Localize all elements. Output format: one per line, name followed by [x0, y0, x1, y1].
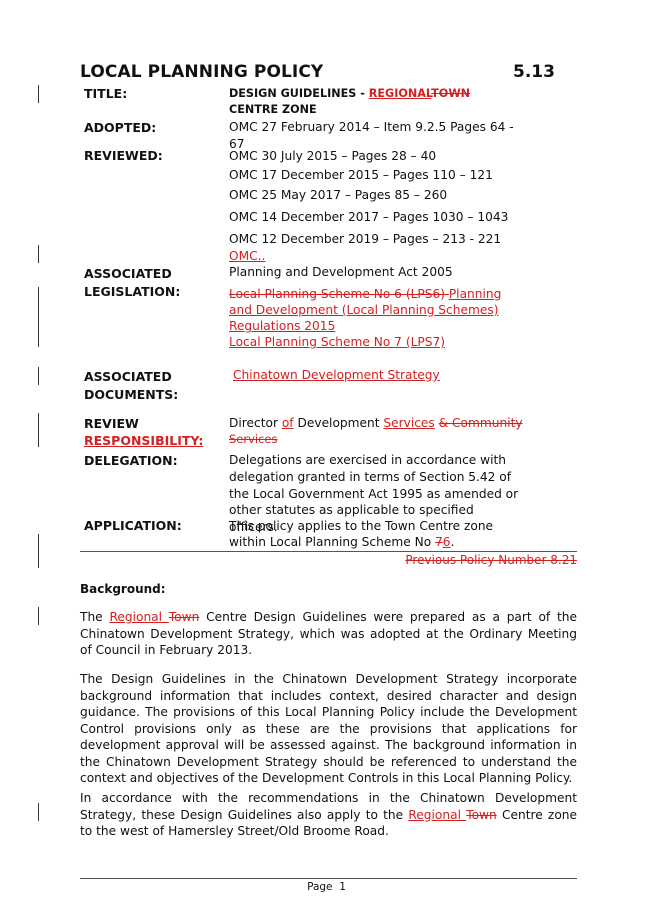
inserted-text: of [282, 416, 294, 430]
document-title: LOCAL PLANNING POLICY [80, 62, 323, 82]
responsibility-label-line1: REVIEW [84, 415, 139, 433]
legislation-changes: Local Planning Scheme No 6 (LPS6) Planni… [229, 286, 524, 303]
inserted-text: Local Planning Scheme No 7 (LPS7) [229, 334, 524, 351]
previous-policy-number: Previous Policy Number 8.21 [405, 553, 577, 567]
change-bar [38, 607, 39, 625]
inserted-text: Regulations 2015 [229, 318, 524, 335]
associated-document-link[interactable]: Chinatown Development Strategy [233, 367, 528, 384]
legislation-label-line2: LEGISLATION: [84, 283, 180, 301]
documents-label-line1: ASSOCIATED [84, 368, 172, 386]
change-bar [38, 413, 39, 447]
page-footer: Page 1 [0, 881, 653, 893]
delegation-line: delegation granted in terms of Section 5… [229, 469, 524, 486]
responsibility-value: Director of Development Services & Commu… [229, 415, 524, 432]
background-paragraph-3: In accordance with the recommendations i… [80, 790, 577, 840]
change-bar [38, 245, 39, 263]
text: Director [229, 416, 282, 430]
title-text: DESIGN GUIDELINES - [229, 87, 369, 100]
change-bar [38, 367, 39, 385]
inserted-text: REGIONAL [369, 87, 431, 100]
title-text: CENTRE ZONE [229, 103, 317, 116]
delegation-line: Delegations are exercised in accordance … [229, 452, 524, 469]
reviewed-inserted: OMC.. [229, 248, 524, 265]
deleted-text: 7 [435, 535, 443, 549]
text: . [451, 535, 455, 549]
application-line1: This policy applies to the Town Centre z… [229, 518, 524, 535]
reviewed-date: OMC 12 December 2019 – Pages – 213 - 221 [229, 231, 524, 248]
background-heading: Background: [80, 582, 166, 596]
background-paragraph-2: The Design Guidelines in the Chinatown D… [80, 671, 577, 787]
inserted-text: Regional [408, 808, 466, 822]
inserted-text: 6 [443, 535, 451, 549]
text: Development [294, 416, 384, 430]
title-label: TITLE: [84, 85, 127, 103]
deleted-text: Services [229, 431, 524, 448]
inserted-text: Planning [449, 287, 502, 301]
change-bar [38, 803, 39, 821]
responsibility-label-line2: RESPONSIBILITY: [84, 432, 203, 450]
legislation-value: Planning and Development Act 2005 [229, 264, 524, 281]
documents-label-line2: DOCUMENTS: [84, 386, 178, 404]
delegation-line: the Local Government Act 1995 as amended… [229, 486, 524, 503]
document-page: LOCAL PLANNING POLICY 5.13 TITLE: DESIGN… [0, 0, 653, 924]
inserted-text: and Development (Local Planning Schemes) [229, 302, 524, 319]
inserted-text: Regional [109, 610, 168, 624]
reviewed-label: REVIEWED: [84, 147, 163, 165]
change-bar [38, 85, 39, 103]
text: within Local Planning Scheme No [229, 535, 435, 549]
background-paragraph-1: The Regional Town Centre Design Guidelin… [80, 609, 577, 659]
delegation-label: DELEGATION: [84, 452, 178, 470]
reviewed-date: OMC 14 December 2017 – Pages 1030 – 1043 [229, 209, 524, 226]
deleted-text: TOWN [431, 87, 470, 100]
reviewed-date: OMC 30 July 2015 – Pages 28 – 40 [229, 148, 524, 165]
change-bar [38, 534, 39, 568]
change-bar [38, 287, 39, 347]
application-label: APPLICATION: [84, 517, 182, 535]
inserted-text: Services [383, 416, 434, 430]
text: The [80, 610, 109, 624]
policy-number: 5.13 [513, 62, 555, 82]
application-line2: within Local Planning Scheme No 76. [229, 534, 524, 551]
reviewed-date: OMC 17 December 2015 – Pages 110 – 121 [229, 167, 524, 184]
table-bottom-rule [80, 551, 577, 552]
page-label: Page [307, 881, 332, 893]
page-number: 1 [339, 881, 346, 893]
deleted-text: Town [466, 808, 497, 822]
reviewed-date: OMC 25 May 2017 – Pages 85 – 260 [229, 187, 524, 204]
footer-rule [80, 878, 577, 879]
deleted-text: Town [169, 610, 200, 624]
legislation-label-line1: ASSOCIATED [84, 265, 172, 283]
title-value: DESIGN GUIDELINES - REGIONALTOWN CENTRE … [229, 86, 509, 118]
deleted-text: Local Planning Scheme No 6 (LPS6) [229, 287, 449, 301]
deleted-text: & Community [439, 416, 523, 430]
adopted-label: ADOPTED: [84, 119, 156, 137]
